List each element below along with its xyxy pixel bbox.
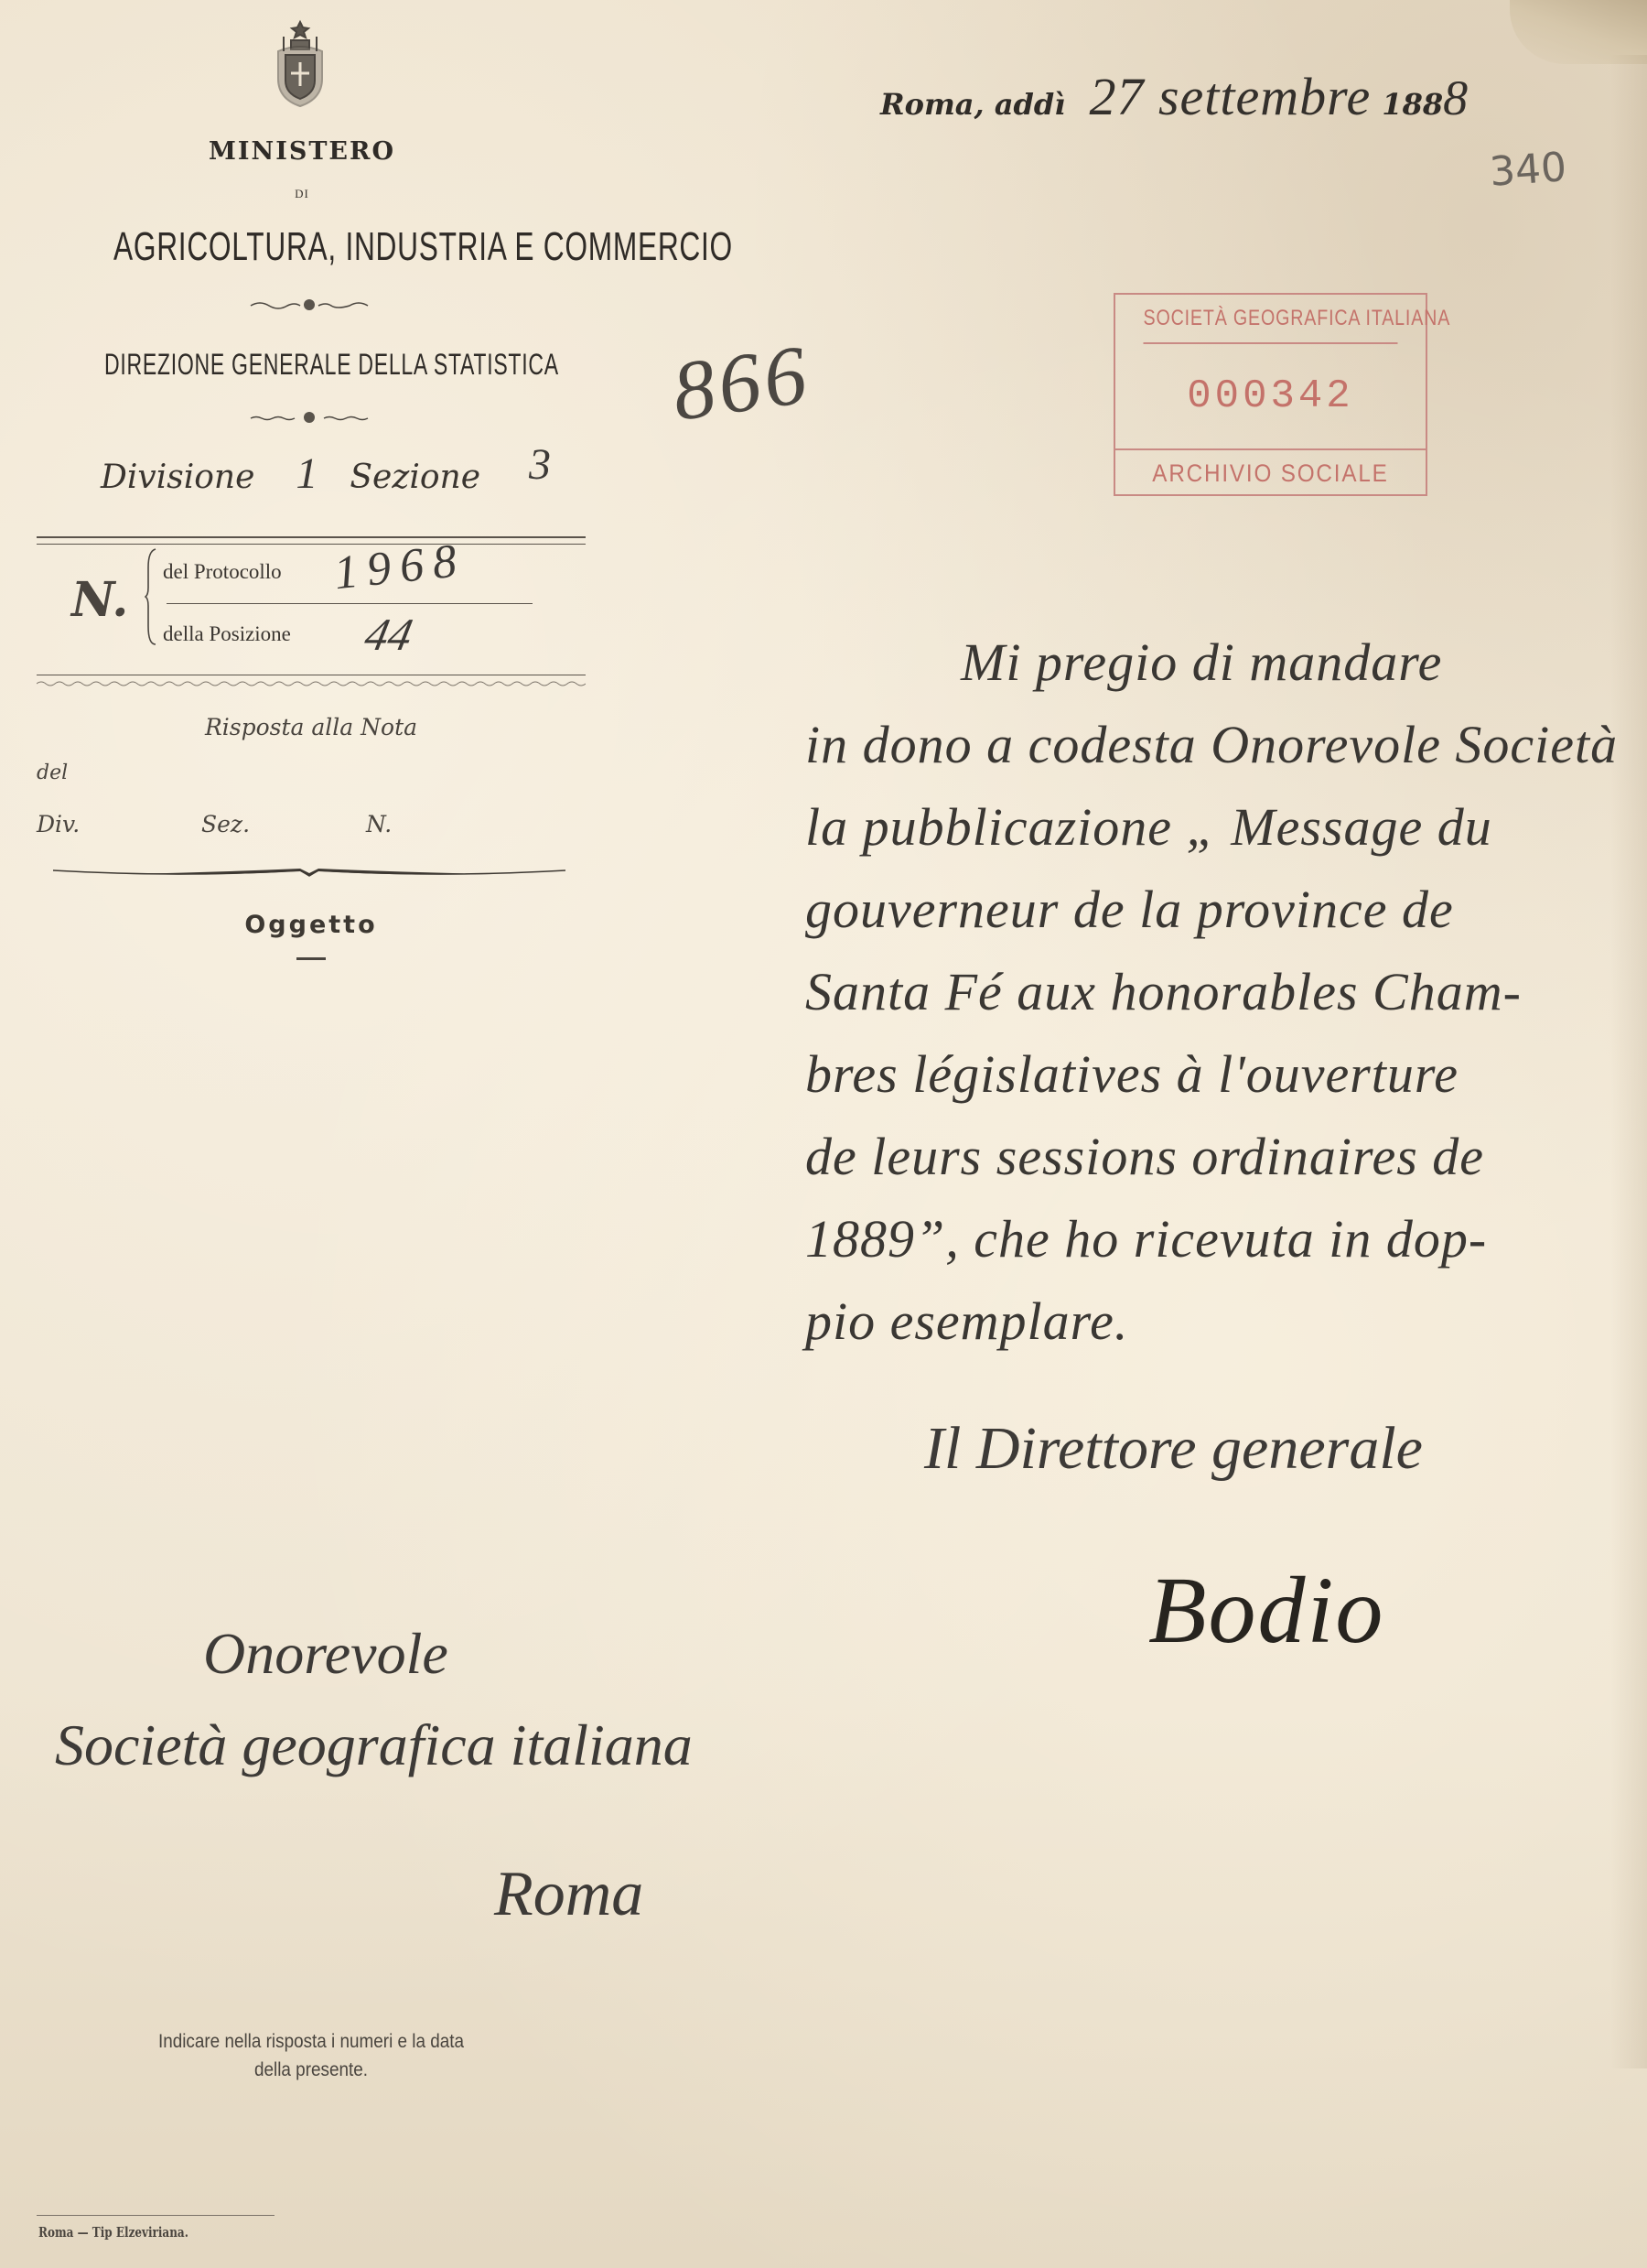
single-rule	[37, 675, 586, 675]
swash-divider-icon	[53, 865, 565, 883]
div-label: Div.	[37, 811, 80, 837]
archive-stamp: SOCIETÀ GEOGRAFICA ITALIANA 000342 ARCHI…	[1114, 293, 1427, 496]
protocollo-label: del Protocollo	[163, 560, 282, 584]
signature-name: Bodio	[1148, 1556, 1384, 1665]
dateline-year-hand: 8	[1443, 70, 1468, 125]
sezione-label: Sezione	[350, 459, 480, 496]
royal-coat-of-arms-icon	[271, 18, 329, 110]
ornament-divider-icon	[249, 410, 370, 425]
protocol-n-label: N.	[71, 572, 128, 628]
wavy-rule-icon	[37, 679, 586, 688]
del-label: del	[37, 761, 68, 784]
dateline-day-month: 27 settembre	[1089, 67, 1371, 126]
letter-line: Mi pregio di mandare	[961, 632, 1442, 693]
ornament-divider-icon	[249, 297, 370, 313]
sez-label: Sez.	[201, 811, 250, 837]
signature-title: Il Direttore generale	[924, 1414, 1423, 1484]
dateline-year-printed: 188	[1382, 87, 1443, 122]
letter-line: pio esemplare.	[805, 1291, 1128, 1352]
printer-imprint: Roma — Tip Elzeviriana.	[38, 2224, 188, 2241]
sezione-value: 3	[529, 440, 551, 489]
oggetto-label: Oggetto	[146, 911, 476, 939]
divisione-value: 1	[296, 449, 318, 498]
divisione-label: Divisione	[101, 459, 254, 496]
reply-instruction: Indicare nella risposta i numeri e la da…	[81, 2027, 542, 2084]
reply-instruction-line-1: Indicare nella risposta i numeri e la da…	[81, 2027, 542, 2056]
pencil-archive-number: 340	[1488, 144, 1567, 196]
stamp-number: 000342	[1115, 344, 1426, 450]
reply-instruction-line-2: della presente.	[81, 2056, 542, 2084]
div-sez-n-row: Div. Sez. N.	[37, 811, 586, 837]
letter-line: in dono a codesta Onorevole Società	[805, 714, 1618, 775]
handwritten-number: 866	[666, 325, 815, 440]
page-edge-shadow	[1610, 55, 1647, 2068]
brace-icon	[145, 547, 157, 646]
letter-line: Santa Fé aux honorables Cham-	[805, 961, 1522, 1022]
risposta-heading: Risposta alla Nota	[128, 714, 494, 740]
direzione-heading: DIREZIONE GENERALE DELLA STATISTICA	[104, 348, 500, 382]
oggetto-underline	[296, 957, 326, 960]
address-line-2: Società geografica italiana	[55, 1712, 693, 1779]
n-label: N.	[366, 811, 392, 837]
stamp-archive-label: ARCHIVIO SOCIALE	[1131, 450, 1410, 496]
letter-line: 1889”, che ho ricevuta in dop-	[805, 1208, 1487, 1269]
double-rule	[37, 536, 586, 545]
address-line-1: Onorevole	[203, 1620, 448, 1688]
letter-line: de leurs sessions ordinaires de	[805, 1126, 1484, 1187]
printer-rule	[37, 2215, 274, 2216]
dateline: Roma, addì 27 settembre 1888	[880, 66, 1468, 127]
dateline-printed: Roma, addì	[880, 87, 1065, 122]
ministry-heading: MINISTERO	[137, 137, 467, 166]
letter-line: gouverneur de la province de	[805, 879, 1454, 940]
letter-line: la pubblicazione „ Message du	[805, 796, 1492, 858]
ministry-name: AGRICOLTURA, INDUSTRIA E COMMERCIO	[113, 224, 509, 270]
protocol-rule	[167, 603, 533, 604]
division-section-row: Divisione 1 Sezione 3	[101, 448, 551, 499]
stamp-society-name: SOCIETÀ GEOGRAFICA ITALIANA	[1144, 295, 1398, 344]
letter-line: bres législatives à l'ouverture	[805, 1043, 1459, 1105]
address-line-3: Roma	[494, 1858, 643, 1931]
posizione-label: della Posizione	[163, 622, 291, 646]
ministry-di: DI	[137, 187, 467, 201]
